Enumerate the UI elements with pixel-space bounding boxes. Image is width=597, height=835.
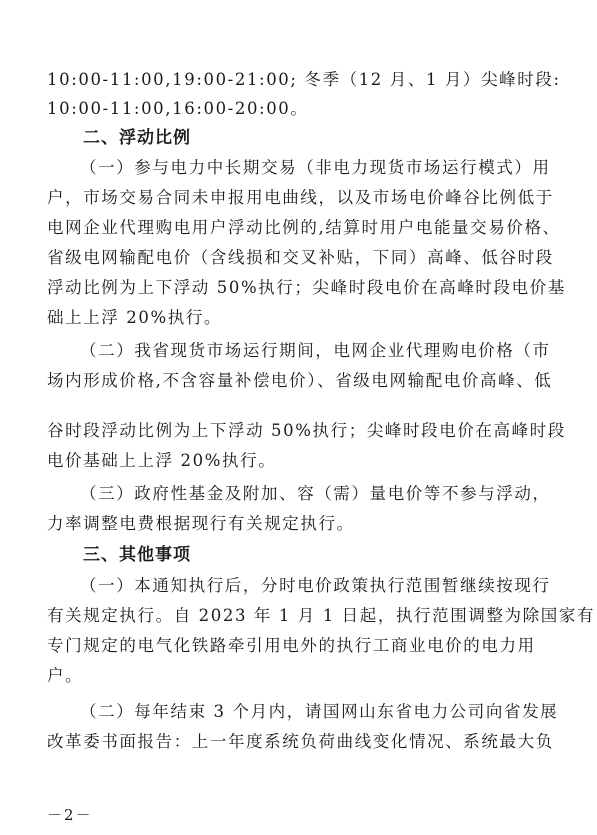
paragraph-start: （一）参与电力中长期交易（非电力现货市场运行模式）用 [80, 158, 580, 178]
section-heading-floating-ratio: 二、浮动比例 [83, 128, 191, 148]
body-line: 有关规定执行。自 2023 年 1 月 1 日起，执行范围调整为除国家有 [47, 606, 547, 626]
body-line: 电网企业代理购电用户浮动比例的,结算时用户电能量交易价格、 [47, 218, 547, 238]
paragraph-start: （二）每年结束 3 个月内，请国网山东省电力公司向省发展 [80, 702, 580, 722]
body-line: 电价基础上上浮 20%执行。 [47, 451, 547, 471]
body-line: 谷时段浮动比例为上下浮动 50%执行；尖峰时段电价在高峰时段 [47, 421, 547, 441]
body-line: 场内形成价格,不含容量补偿电价）、省级电网输配电价高峰、低 [47, 371, 547, 391]
body-line: 浮动比例为上下浮动 50%执行；尖峰时段电价在高峰时段电价基 [47, 278, 547, 298]
body-line: 10:00-11:00,16:00-20:00。 [47, 99, 547, 119]
paragraph-start: （三）政府性基金及附加、容（需）量电价等不参与浮动， [80, 484, 580, 504]
body-line: 省级电网输配电价（含线损和交叉补贴，下同）高峰、低谷时段 [47, 248, 547, 268]
section-heading-other-matters: 三、其他事项 [83, 545, 191, 565]
document-page: 10:00-11:00,19:00-21:00; 冬季（12 月、1 月）尖峰时… [0, 0, 597, 835]
page-number: －2－ [47, 806, 93, 824]
paragraph-start: （二）我省现货市场运行期间，电网企业代理购电价格（市 [80, 341, 580, 361]
body-line: 改革委书面报告：上一年度系统负荷曲线变化情况、系统最大负 [47, 732, 547, 752]
body-line: 户。 [47, 666, 547, 686]
body-line: 专门规定的电气化铁路牵引用电外的执行工商业电价的电力用 [47, 636, 547, 656]
body-line: 础上上浮 20%执行。 [47, 308, 547, 328]
paragraph-start: （一）本通知执行后，分时电价政策执行范围暂继续按现行 [80, 576, 580, 596]
body-line: 10:00-11:00,19:00-21:00; 冬季（12 月、1 月）尖峰时… [47, 70, 547, 90]
body-line: 力率调整电费根据现行有关规定执行。 [47, 514, 547, 534]
body-line: 户，市场交易合同未申报用电曲线，以及市场电价峰谷比例低于 [47, 188, 547, 208]
